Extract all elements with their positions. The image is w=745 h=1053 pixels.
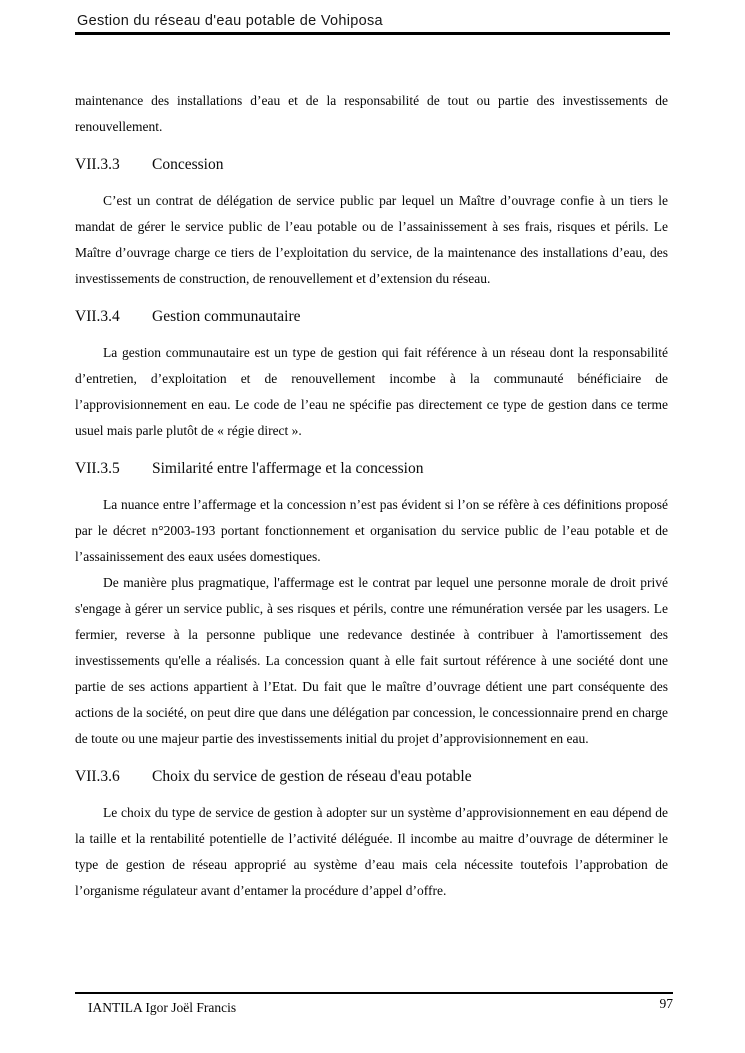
page-header-title: Gestion du réseau d'eau potable de Vohip… xyxy=(77,13,383,29)
section-number: VII.3.3 xyxy=(75,152,152,178)
section-paragraph: Le choix du type de service de gestion à… xyxy=(75,800,668,904)
page-number: 97 xyxy=(660,996,674,1012)
section-paragraph: De manière plus pragmatique, l'affermage… xyxy=(75,570,668,752)
section-number: VII.3.5 xyxy=(75,456,152,482)
section-paragraph: La gestion communautaire est un type de … xyxy=(75,340,668,444)
section-title: Concession xyxy=(152,152,223,178)
section-heading-similarite: VII.3.5 Similarité entre l'affermage et … xyxy=(75,456,668,482)
section-title: Similarité entre l'affermage et la conce… xyxy=(152,456,424,482)
document-page: Gestion du réseau d'eau potable de Vohip… xyxy=(0,0,745,1053)
footer-author: IANTILA Igor Joël Francis xyxy=(88,1000,236,1016)
footer-divider xyxy=(75,992,673,994)
section-heading-gestion-communautaire: VII.3.4 Gestion communautaire xyxy=(75,304,668,330)
intro-paragraph: maintenance des installations d’eau et d… xyxy=(75,88,668,140)
section-paragraph: C’est un contrat de délégation de servic… xyxy=(75,188,668,292)
section-heading-choix-du-service: VII.3.6 Choix du service de gestion de r… xyxy=(75,764,668,790)
section-title: Gestion communautaire xyxy=(152,304,301,330)
document-body: maintenance des installations d’eau et d… xyxy=(75,88,668,904)
section-number: VII.3.4 xyxy=(75,304,152,330)
section-paragraph: La nuance entre l’affermage et la conces… xyxy=(75,492,668,570)
header-divider xyxy=(75,32,670,35)
section-title: Choix du service de gestion de réseau d'… xyxy=(152,764,472,790)
section-heading-concession: VII.3.3 Concession xyxy=(75,152,668,178)
section-number: VII.3.6 xyxy=(75,764,152,790)
